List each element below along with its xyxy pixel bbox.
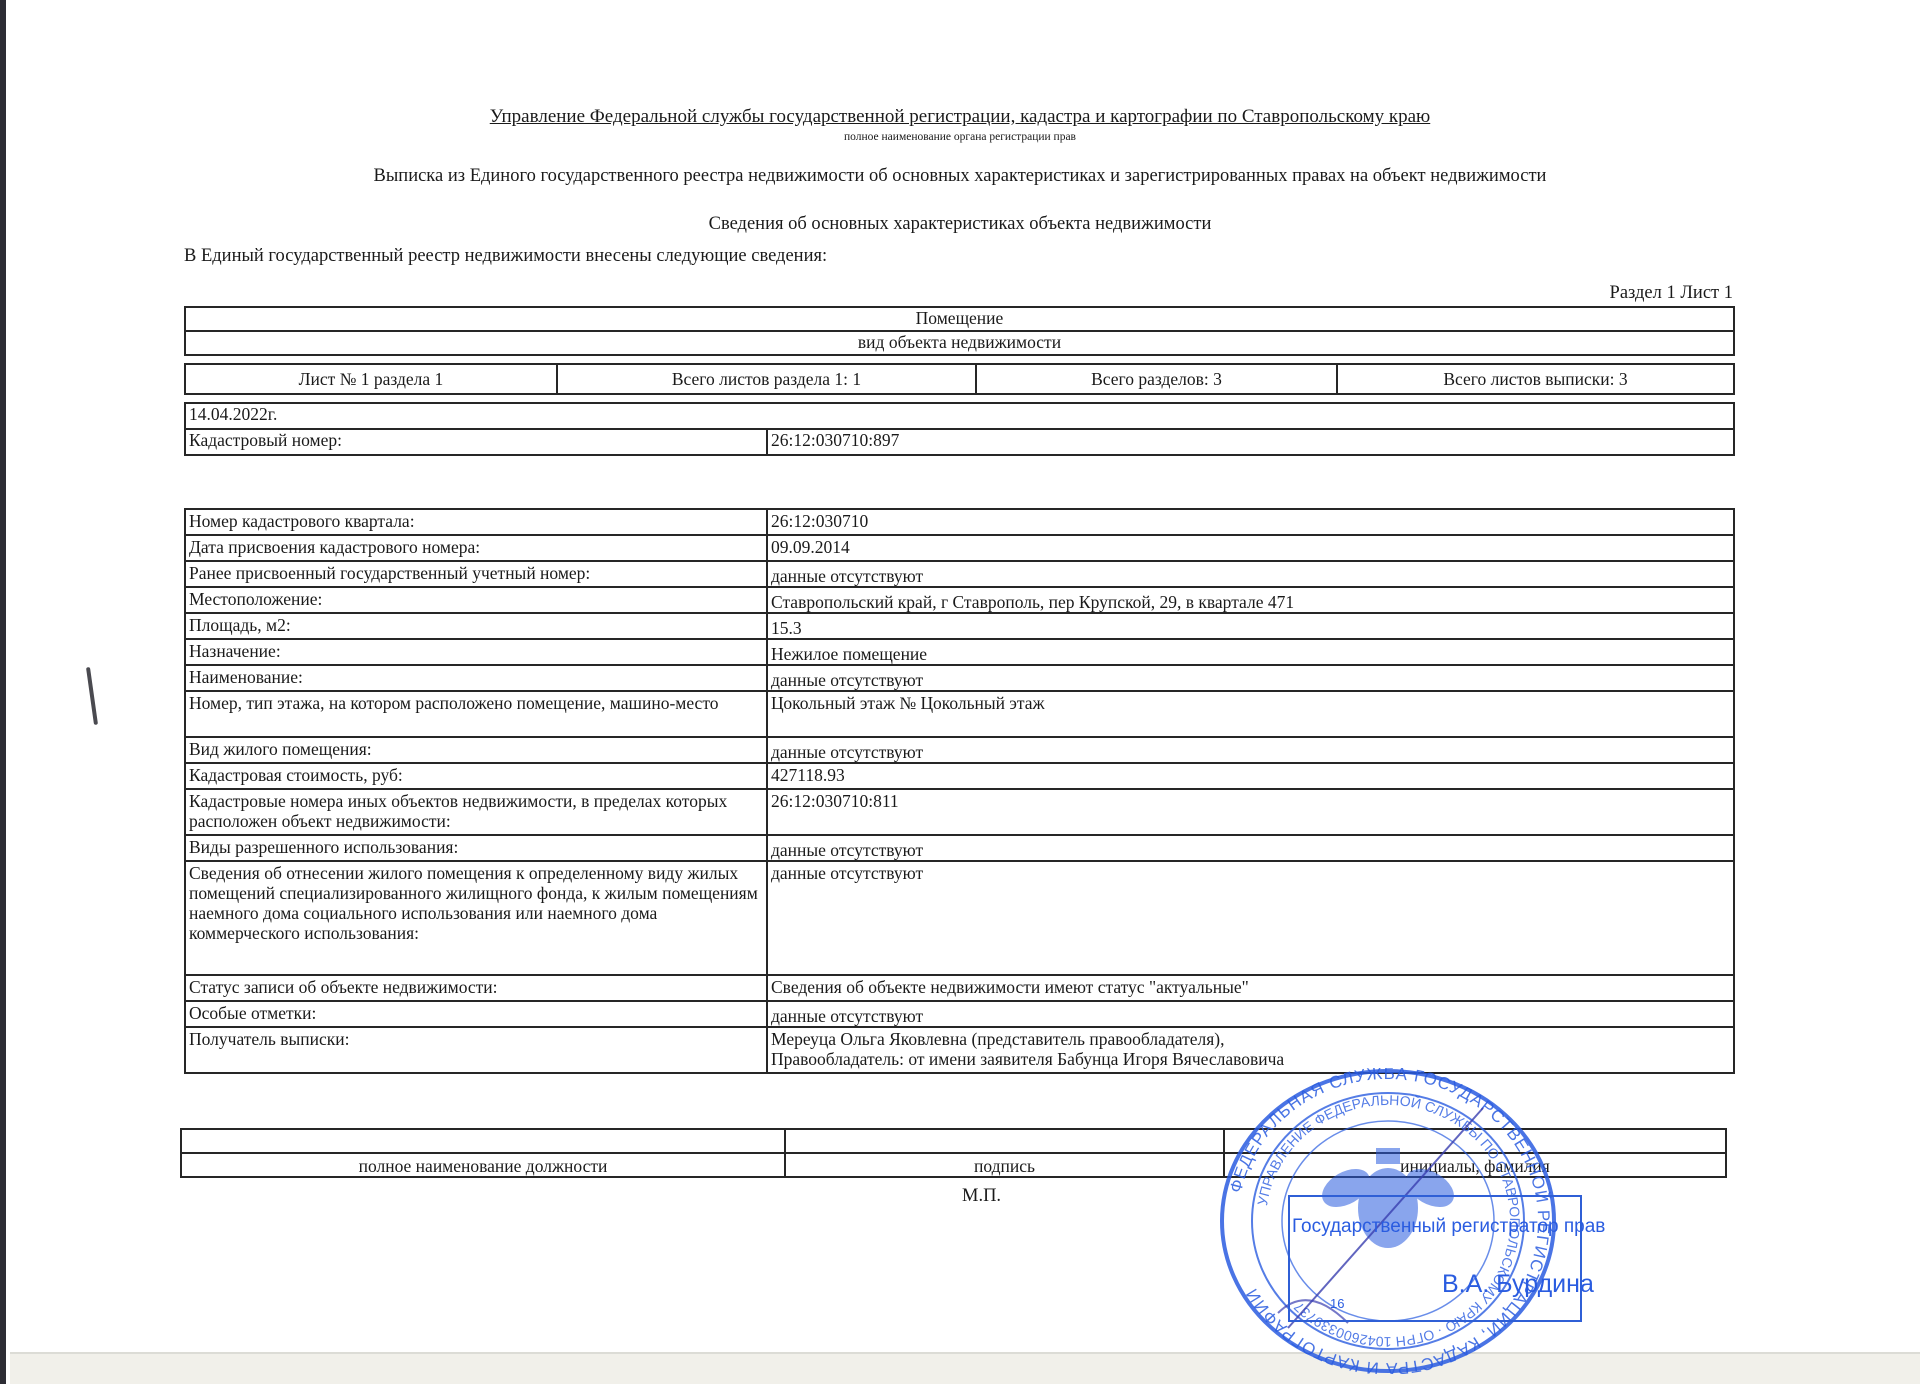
name-field: [1224, 1129, 1726, 1153]
table-row: Номер, тип этажа, на котором расположено…: [185, 691, 1734, 737]
cadastral-number-value: 26:12:030710:897: [767, 429, 1734, 455]
row-value: Мереуца Ольга Яковлевна (представитель п…: [767, 1027, 1734, 1073]
table-row: Кадастровая стоимость, руб:427118.93: [185, 763, 1734, 789]
row-label: Кадастровая стоимость, руб:: [185, 763, 767, 789]
row-label: Местоположение:: [185, 587, 767, 613]
row-value: данные отсутствуют: [767, 861, 1734, 975]
row-value: данные отсутствуют: [767, 561, 1734, 587]
row-value: Цокольный этаж № Цокольный этаж: [767, 691, 1734, 737]
row-label: Особые отметки:: [185, 1001, 767, 1027]
registrar-name: В.А. Бурдина: [1442, 1270, 1594, 1299]
document-title: Выписка из Единого государственного реес…: [0, 166, 1920, 187]
table-row: Вид жилого помещения:данные отсутствуют: [185, 737, 1734, 763]
stamp-number: 16: [1330, 1296, 1344, 1311]
row-label: Номер кадастрового квартала:: [185, 509, 767, 535]
table-row: Особые отметки:данные отсутствуют: [185, 1001, 1734, 1027]
table-row: Ранее присвоенный государственный учетны…: [185, 561, 1734, 587]
table-row: Дата присвоения кадастрового номера:09.0…: [185, 535, 1734, 561]
section-sheets-total: Всего листов раздела 1: 1: [557, 364, 976, 394]
authority-caption: полное наименование органа регистрации п…: [0, 131, 1920, 143]
seal-mark: М.П.: [962, 1186, 1001, 1207]
object-type-caption: вид объекта недвижимости: [185, 331, 1734, 355]
authority-title: Управление Федеральной службы государств…: [0, 106, 1920, 128]
position-caption: полное наименование должности: [181, 1153, 785, 1177]
row-label: Наименование:: [185, 665, 767, 691]
row-label: Сведения об отнесении жилого помещения к…: [185, 861, 767, 975]
table-row: Площадь, м2:15.3: [185, 613, 1734, 639]
cadastral-number-label: Кадастровый номер:: [185, 429, 767, 455]
scan-edge-bottom: [10, 1352, 1920, 1384]
row-value: Ставропольский край, г Ставрополь, пер К…: [767, 587, 1734, 613]
extract-date: 14.04.2022г.: [185, 403, 1734, 429]
table-row: Номер кадастрового квартала:26:12:030710: [185, 509, 1734, 535]
row-value: 427118.93: [767, 763, 1734, 789]
name-caption: инициалы, фамилия: [1224, 1153, 1726, 1177]
recipient-line-1: Мереуца Ольга Яковлевна (представитель п…: [771, 1029, 1730, 1049]
table-row: Сведения об отнесении жилого помещения к…: [185, 861, 1734, 975]
row-value: Нежилое помещение: [767, 639, 1734, 665]
scan-edge-left: [0, 0, 6, 1384]
row-label: Вид жилого помещения:: [185, 737, 767, 763]
row-label: Назначение:: [185, 639, 767, 665]
table-row: Наименование:данные отсутствуют: [185, 665, 1734, 691]
object-type-table: Помещение вид объекта недвижимости: [184, 306, 1735, 356]
row-label: Площадь, м2:: [185, 613, 767, 639]
row-label: Виды разрешенного использования:: [185, 835, 767, 861]
sheet-number: Лист № 1 раздела 1: [185, 364, 557, 394]
row-value: Сведения об объекте недвижимости имеют с…: [767, 975, 1734, 1001]
row-value: данные отсутствуют: [767, 835, 1734, 861]
identity-table: 14.04.2022г. Кадастровый номер: 26:12:03…: [184, 402, 1735, 456]
intro-text: В Единый государственный реестр недвижим…: [184, 246, 827, 267]
recipient-line-2: Правообладатель: от имени заявителя Бабу…: [771, 1049, 1730, 1069]
sections-total: Всего разделов: 3: [976, 364, 1337, 394]
table-row: Кадастровые номера иных объектов недвижи…: [185, 789, 1734, 835]
row-label: Номер, тип этажа, на котором расположено…: [185, 691, 767, 737]
signature-caption: подпись: [785, 1153, 1224, 1177]
signature-table: полное наименование должности подпись ин…: [180, 1128, 1727, 1178]
row-value: данные отсутствуют: [767, 665, 1734, 691]
row-label: Получатель выписки:: [185, 1027, 767, 1073]
sheet-reference: Раздел 1 Лист 1: [1610, 283, 1733, 304]
row-value: 26:12:030710: [767, 509, 1734, 535]
table-row: Местоположение:Ставропольский край, г Ст…: [185, 587, 1734, 613]
sheet-info-table: Лист № 1 раздела 1 Всего листов раздела …: [184, 363, 1735, 395]
table-row: Виды разрешенного использования:данные о…: [185, 835, 1734, 861]
object-type-value: Помещение: [185, 307, 1734, 331]
characteristics-table: Номер кадастрового квартала:26:12:030710…: [184, 508, 1735, 1074]
row-value: 09.09.2014: [767, 535, 1734, 561]
row-value: данные отсутствуют: [767, 1001, 1734, 1027]
row-label: Ранее присвоенный государственный учетны…: [185, 561, 767, 587]
row-value: 15.3: [767, 613, 1734, 639]
table-row: Получатель выписки: Мереуца Ольга Яковле…: [185, 1027, 1734, 1073]
row-label: Кадастровые номера иных объектов недвижи…: [185, 789, 767, 835]
table-row: Назначение:Нежилое помещение: [185, 639, 1734, 665]
extract-sheets-total: Всего листов выписки: 3: [1337, 364, 1734, 394]
row-value: данные отсутствуют: [767, 737, 1734, 763]
scan-artifact-mark: [86, 667, 98, 725]
section-title: Сведения об основных характеристиках объ…: [0, 214, 1920, 235]
row-value: 26:12:030710:811: [767, 789, 1734, 835]
signature-field: [785, 1129, 1224, 1153]
table-row: Статус записи об объекте недвижимости:Св…: [185, 975, 1734, 1001]
position-field: [181, 1129, 785, 1153]
row-label: Статус записи об объекте недвижимости:: [185, 975, 767, 1001]
authority-name: Управление Федеральной службы государств…: [490, 106, 1431, 127]
registrar-title: Государственный регистратор прав: [1292, 1216, 1605, 1238]
row-label: Дата присвоения кадастрового номера:: [185, 535, 767, 561]
